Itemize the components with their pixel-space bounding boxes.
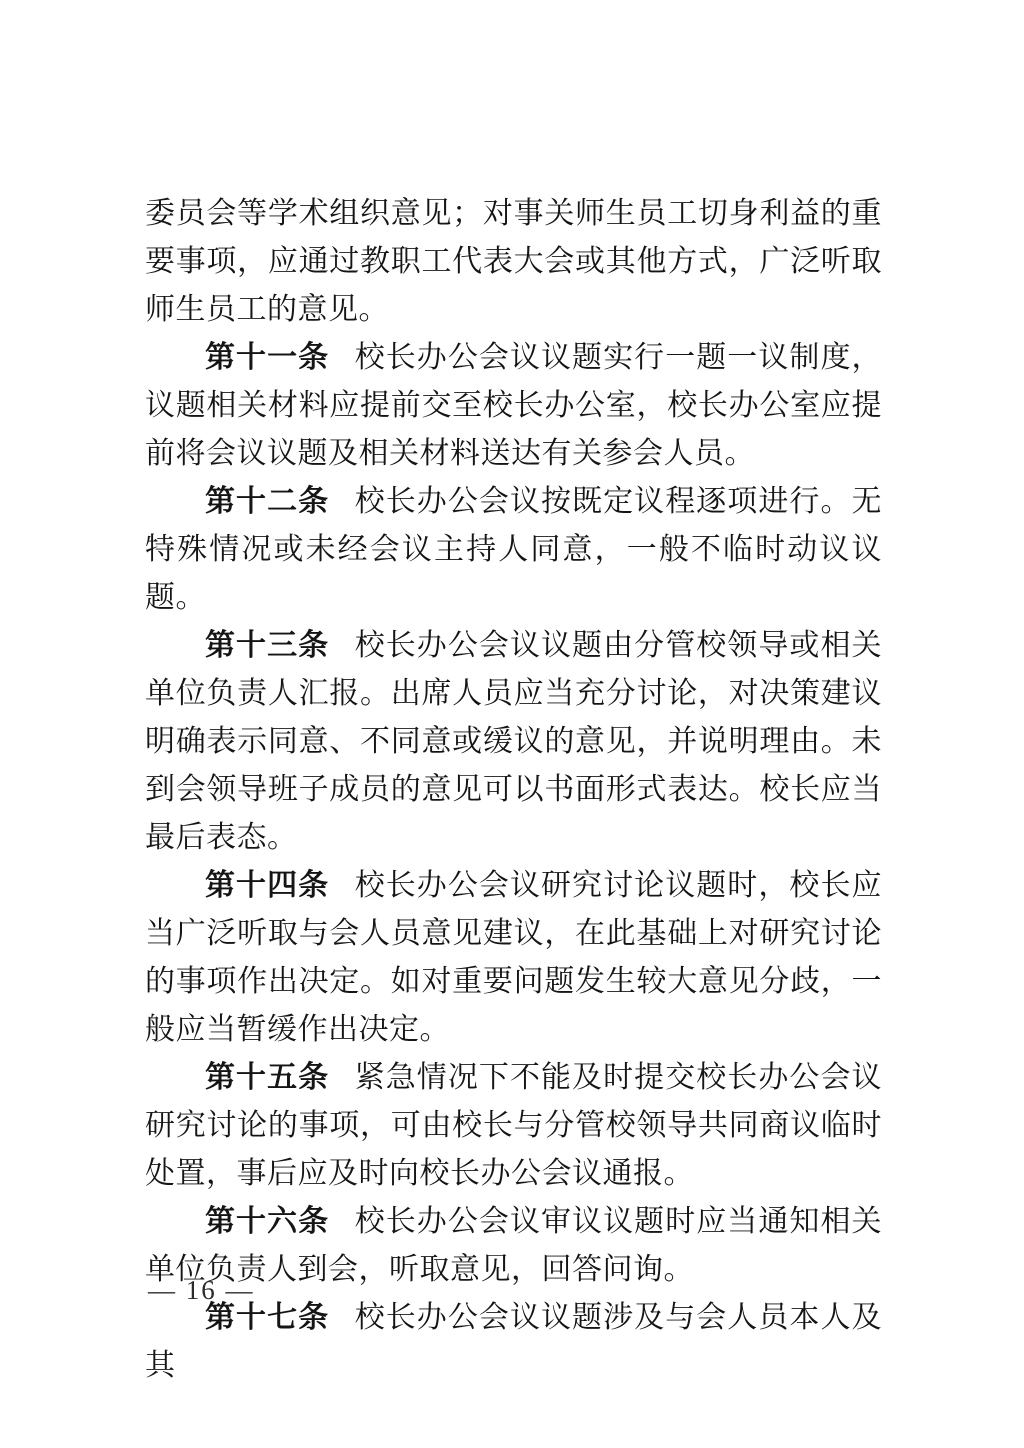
document-page: 委员会等学术组织意见；对事关师生员工切身利益的重要事项，应通过教职工代表大会或其… [0,0,1024,1448]
article-number: 第十四条 [205,869,329,902]
page-footer: — 16 — [148,1272,255,1308]
article-number: 第十三条 [205,629,329,662]
page-number: — 16 — [148,1275,255,1305]
article-number: 第十六条 [205,1205,329,1238]
paragraph: 第十五条紧急情况下不能及时提交校长办公会议研究讨论的事项，可由校长与分管校领导共… [145,1054,882,1198]
paragraph: 第十六条校长办公会议审议议题时应当通知相关单位负责人到会，听取意见，回答问询。 [145,1198,882,1294]
document-body: 委员会等学术组织意见；对事关师生员工切身利益的重要事项，应通过教职工代表大会或其… [145,190,882,1390]
paragraph: 第十一条校长办公会议议题实行一题一议制度，议题相关材料应提前交至校长办公室，校长… [145,334,882,478]
article-number: 第十一条 [205,341,329,374]
paragraph: 第十二条校长办公会议按既定议程逐项进行。无特殊情况或未经会议主持人同意，一般不临… [145,478,882,622]
article-number: 第十五条 [205,1061,329,1094]
article-number: 第十二条 [205,485,329,518]
paragraph-text: 校长办公会议议题由分管校领导或相关单位负责人汇报。出席人员应当充分讨论，对决策建… [145,629,882,854]
paragraph: 第十四条校长办公会议研究讨论议题时，校长应当广泛听取与会人员意见建议，在此基础上… [145,862,882,1054]
paragraph: 委员会等学术组织意见；对事关师生员工切身利益的重要事项，应通过教职工代表大会或其… [145,190,882,334]
paragraph-text: 委员会等学术组织意见；对事关师生员工切身利益的重要事项，应通过教职工代表大会或其… [145,197,882,326]
paragraph: 第十七条校长办公会议议题涉及与会人员本人及其 [145,1294,882,1390]
paragraph: 第十三条校长办公会议议题由分管校领导或相关单位负责人汇报。出席人员应当充分讨论，… [145,622,882,862]
